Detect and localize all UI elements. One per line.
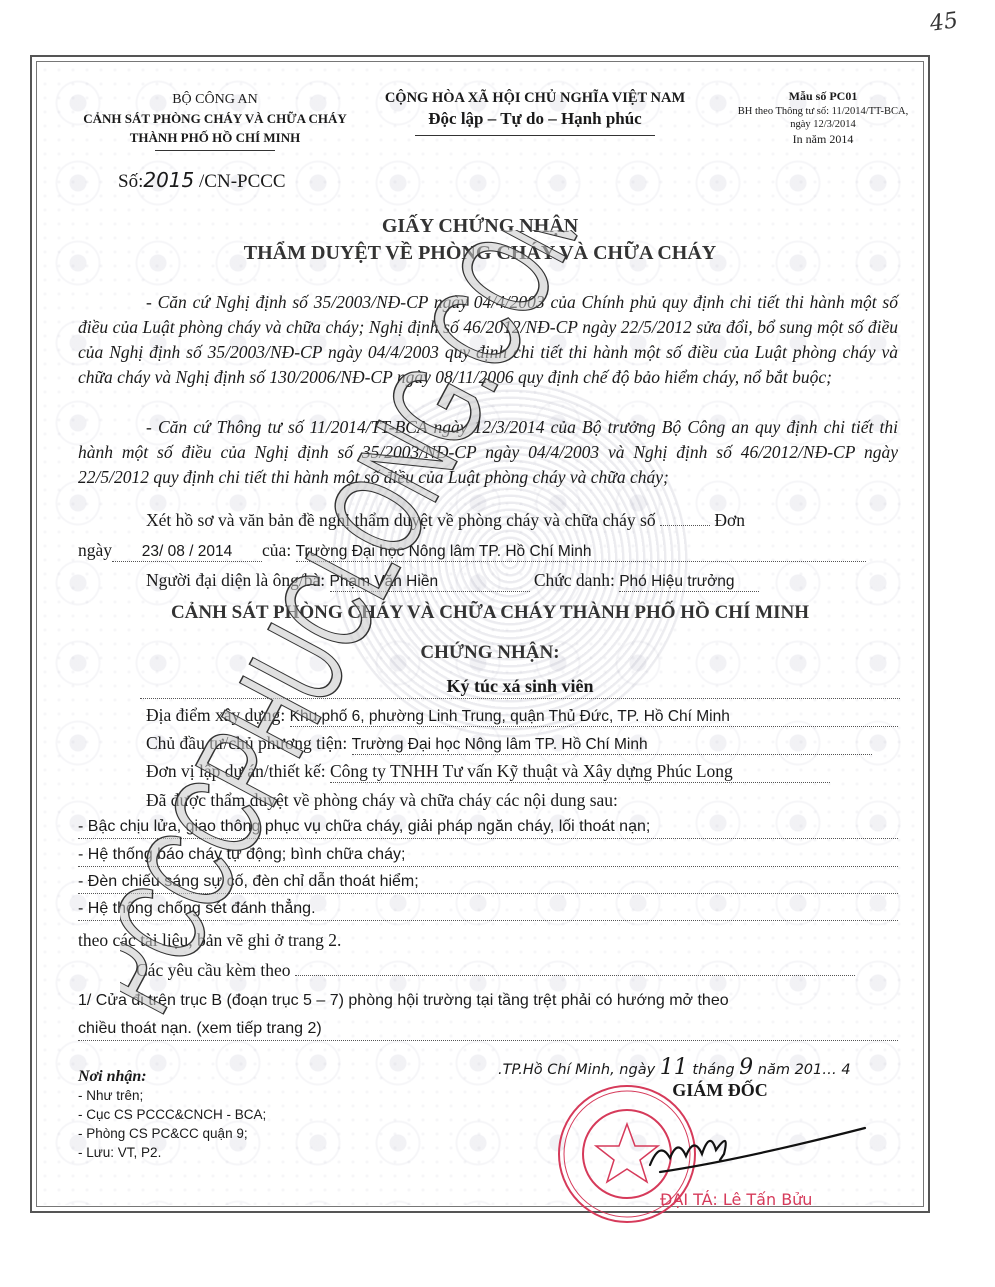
title-line-2: THẨM DUYỆT VỀ PHÒNG CHÁY VÀ CHỮA CHÁY <box>80 240 880 267</box>
document-title: GIẤY CHỨNG NHẬN THẨM DUYỆT VỀ PHÒNG CHÁY… <box>80 213 880 267</box>
approved-item: - Đèn chiếu sáng sự cố, đèn chỉ dẫn thoá… <box>78 873 898 894</box>
recipient-item: - Như trên; <box>78 1086 378 1105</box>
designer-line: Đơn vị lập dự án/thiết kế: Công ty TNHH … <box>78 761 898 783</box>
national-header: CỘNG HÒA XÃ HỘI CHỦ NGHĨA VIỆT NAM Độc l… <box>370 90 700 136</box>
position-value: Phó Hiệu trưởng <box>619 573 759 592</box>
ministry-name: BỘ CÔNG AN <box>60 90 370 109</box>
position-label: Chức danh: <box>534 570 615 590</box>
number-suffix: /CN-PCCC <box>194 171 285 192</box>
requirements-line: Các yêu cầu kèm theo <box>78 960 898 981</box>
approved-item: - Hệ thống chống sét đánh thẳng. <box>78 900 898 921</box>
nation-name: CỘNG HÒA XÃ HỘI CHỦ NGHĨA VIỆT NAM <box>370 90 700 107</box>
location-value: Khu phố 6, phường Linh Trung, quận Thủ Đ… <box>290 708 898 727</box>
approved-item: - Hệ thống báo cháy tự động; bình chữa c… <box>78 846 898 867</box>
date-value: 23/ 08 / 2014 <box>112 543 262 562</box>
recipient-item: - Cục CS PCCC&CNCH - BCA; <box>78 1105 378 1124</box>
location-line: Địa điểm xây dựng: Khu phố 6, phường Lin… <box>78 705 898 727</box>
motto-underline <box>415 135 655 136</box>
requirement-line-1: 1/ Cửa đi trên trục B (đoạn trục 5 – 7) … <box>78 992 898 1012</box>
from-label: của: <box>262 540 291 560</box>
certifying-authority: CẢNH SÁT PHÒNG CHÁY VÀ CHỮA CHÁY THÀNH P… <box>80 602 900 624</box>
form-code-title: Mẫu số PC01 <box>718 90 928 103</box>
designer-value: Công ty TNHH Tư vấn Kỹ thuật và Xây dựng… <box>330 761 830 783</box>
project-name: Ký túc xá sinh viên <box>140 676 900 699</box>
form-code-block: Mẫu số PC01 BH theo Thông tư số: 11/2014… <box>718 90 928 146</box>
signing-day: 11 <box>660 1055 688 1080</box>
form-code-basis: BH theo Thông tư số: 11/2014/TT-BCA, <box>718 105 928 118</box>
signing-month: 9 <box>739 1055 753 1080</box>
legal-basis-1: - Căn cứ Nghị định số 35/2003/NĐ-CP ngày… <box>78 290 898 390</box>
recipients-block: Nơi nhận: - Như trên; - Cục CS PCCC&CNCH… <box>78 1067 378 1162</box>
certifies-heading: CHỨNG NHẬN: <box>80 642 900 664</box>
approved-item: - Bậc chịu lửa, giao thông phục vụ chữa … <box>78 818 898 839</box>
approved-intro-line: Đã được thẩm duyệt về phòng cháy và chữa… <box>78 790 898 811</box>
department-name: CẢNH SÁT PHÒNG CHÁY VÀ CHỮA CHÁY <box>60 109 370 128</box>
investor-line: Chủ đầu tư/chủ phương tiện: Trường Đại h… <box>78 733 898 755</box>
title-line-1: GIẤY CHỨNG NHẬN <box>80 213 880 240</box>
page-number-handwritten: 45 <box>928 8 959 37</box>
application-intro-line: Xét hồ sơ và văn bản đề nghị thẩm duyệt … <box>78 510 898 531</box>
form-code-basis-date: ngày 12/3/2014 <box>718 118 928 131</box>
representative-line: Người đại diện là ông/bà: Phạm Văn Hiền … <box>78 570 898 592</box>
signer-rank-name: ĐẠI TÁ: Lê Tấn Bửu <box>660 1190 860 1209</box>
signing-place: .TP.Hồ Chí Minh, ngày <box>498 1062 655 1078</box>
form-print-year: In năm 2014 <box>718 133 928 146</box>
from-value: Trường Đại học Nông lâm TP. Hồ Chí Minh <box>296 543 866 562</box>
document-number: Số:2015 /CN-PCCC <box>118 168 286 193</box>
month-label: tháng <box>692 1062 734 1078</box>
city-name: THÀNH PHỐ HỒ CHÍ MINH <box>60 128 370 147</box>
recipients-title: Nơi nhận: <box>78 1067 378 1086</box>
application-intro: Xét hồ sơ và văn bản đề nghị thẩm duyệt … <box>146 510 656 530</box>
issuing-agency: BỘ CÔNG AN CẢNH SÁT PHÒNG CHÁY VÀ CHỮA C… <box>60 90 370 151</box>
location-label: Địa điểm xây dựng: <box>146 705 285 725</box>
number-handwritten: 2015 <box>143 168 194 192</box>
investor-value: Trường Đại học Nông lâm TP. Hồ Chí Minh <box>352 736 872 755</box>
recipient-item: - Phòng CS PC&CC quận 9; <box>78 1124 378 1143</box>
requirements-label: Các yêu cầu kèm theo <box>136 960 291 980</box>
signing-date: .TP.Hồ Chí Minh, ngày 11 tháng 9 năm 201… <box>498 1055 918 1080</box>
signing-year-digit: 4 <box>841 1062 850 1078</box>
designer-label: Đơn vị lập dự án/thiết kế: <box>146 761 326 781</box>
application-doc-type: Đơn <box>714 510 745 530</box>
documents-note: theo các tài liệu, bản vẽ ghi ở trang 2. <box>78 930 898 951</box>
nation-motto: Độc lập – Tự do – Hạnh phúc <box>370 109 700 129</box>
recipient-item: - Lưu: VT, P2. <box>78 1143 378 1162</box>
representative-value: Phạm Văn Hiền <box>330 573 530 592</box>
year-label: năm 201 <box>758 1062 823 1078</box>
number-prefix: Số: <box>118 171 143 192</box>
date-label: ngày <box>78 540 112 560</box>
representative-label: Người đại diện là ông/bà: <box>146 570 325 590</box>
investor-label: Chủ đầu tư/chủ phương tiện: <box>146 733 347 753</box>
legal-basis-2: - Căn cứ Thông tư số 11/2014/TT-BCA ngày… <box>78 415 898 490</box>
handwritten-signature-icon <box>640 1120 870 1180</box>
signer-title: GIÁM ĐỐC <box>620 1080 820 1101</box>
application-date-line: ngày23/ 08 / 2014của: Trường Đại học Nôn… <box>78 540 898 562</box>
requirement-line-2: chiều thoát nạn. (xem tiếp trang 2) <box>78 1020 898 1041</box>
agency-underline <box>155 150 275 151</box>
approved-intro: Đã được thẩm duyệt về phòng cháy và chữa… <box>146 790 618 810</box>
